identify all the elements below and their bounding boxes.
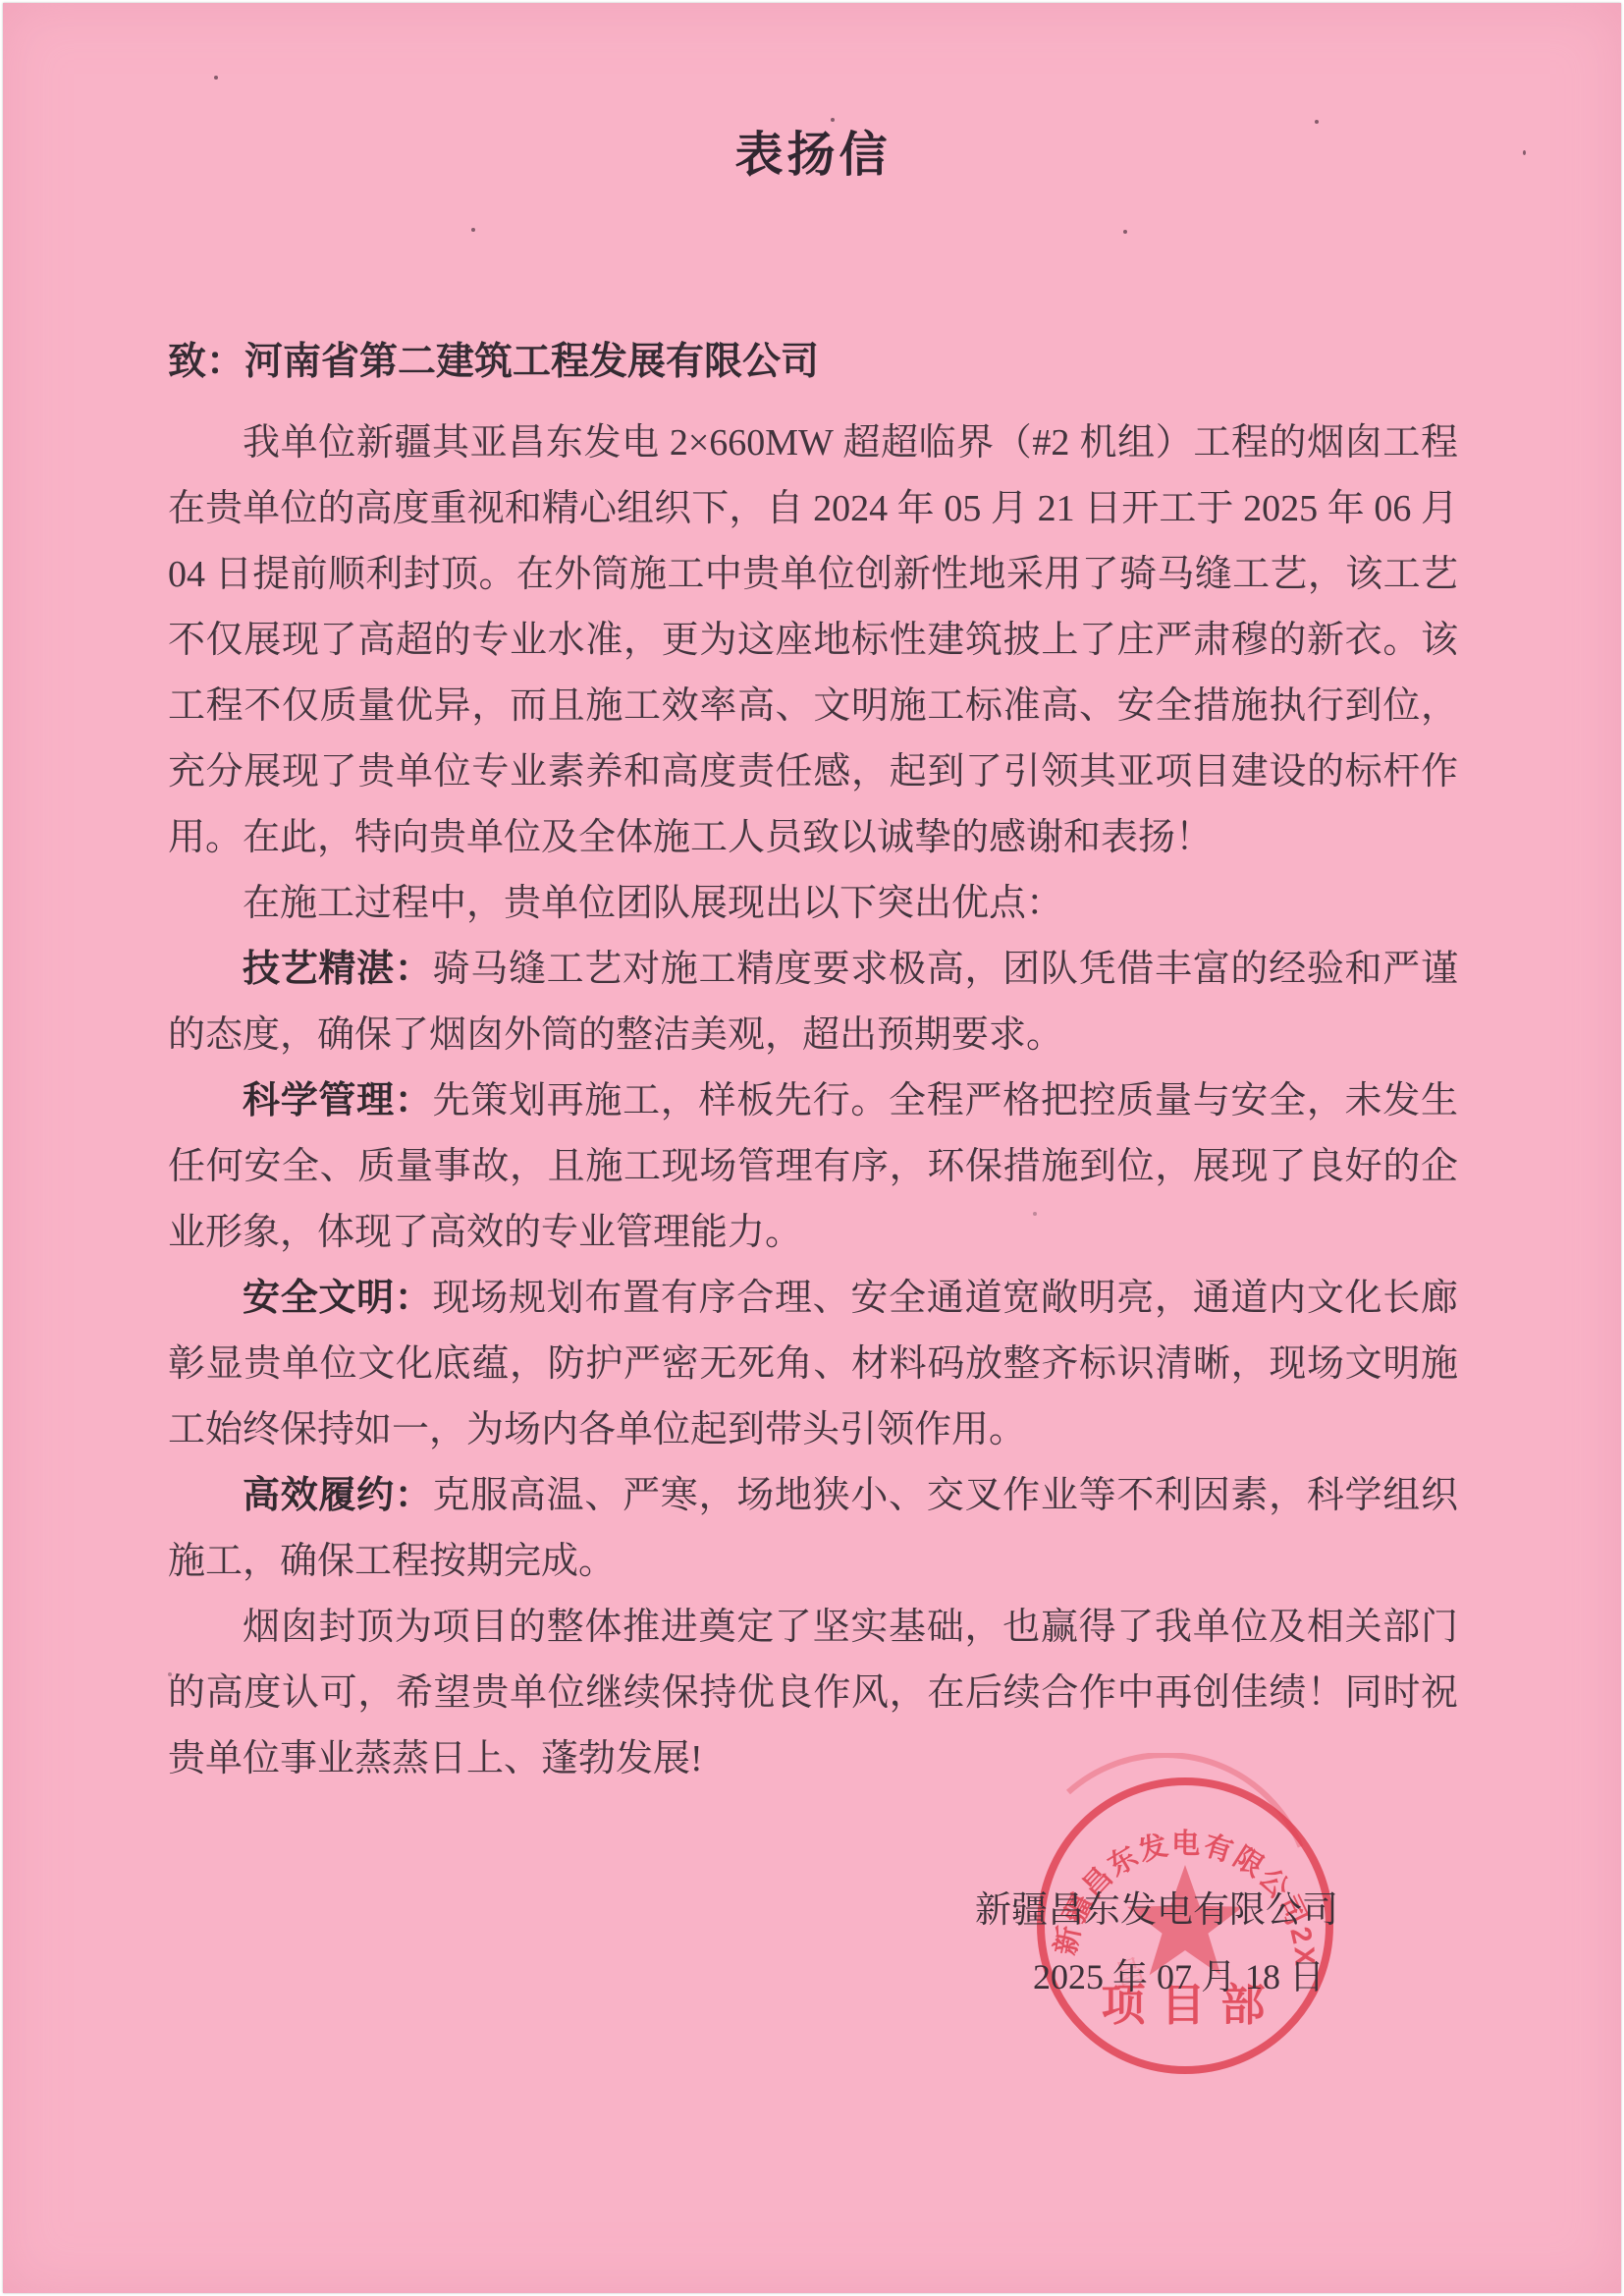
scan-speck xyxy=(471,228,475,232)
scan-speck xyxy=(1123,230,1127,234)
salutation-line: 致：河南省第二建筑工程发展有限公司 xyxy=(168,329,1458,395)
paragraph-lead: 技艺精湛： xyxy=(243,949,433,990)
letter-page: 表扬信 致：河南省第二建筑工程发展有限公司 我单位新疆其亚昌东发电 2×660M… xyxy=(3,3,1621,2293)
letter-paragraph: 技艺精湛：骑马缝工艺对施工精度要求极高，团队凭借丰富的经验和严谨的态度，确保了烟… xyxy=(168,937,1458,1068)
letter-paragraph: 我单位新疆其亚昌东发电 2×660MW 超超临界（#2 机组）工程的烟囱工程在贵… xyxy=(168,410,1458,871)
paragraph-lead: 科学管理： xyxy=(243,1080,433,1121)
letter-body: 我单位新疆其亚昌东发电 2×660MW 超超临界（#2 机组）工程的烟囱工程在贵… xyxy=(168,410,1458,1792)
scan-speck xyxy=(1033,1212,1037,1216)
letter-paragraph: 科学管理：先策划再施工，样板先行。全程严格把控质量与安全，未发生任何安全、质量事… xyxy=(168,1068,1458,1266)
letter-paragraph: 安全文明：现场规划布置有序合理、安全通道宽敞明亮，通道内文化长廊彰显贵单位文化底… xyxy=(168,1266,1458,1463)
scan-speck xyxy=(214,76,218,80)
signature-block: 新疆昌东发电有限公司 2025 年 07 月 18 日 xyxy=(975,1877,1338,2008)
paragraph-text: 我单位新疆其亚昌东发电 2×660MW 超超临界（#2 机组）工程的烟囱工程在贵… xyxy=(168,422,1458,858)
scan-speck xyxy=(1083,1707,1087,1710)
letter-title: 表扬信 xyxy=(168,117,1458,186)
paragraph-lead: 安全文明： xyxy=(243,1278,433,1319)
scan-speck xyxy=(1523,150,1526,155)
scan-speck xyxy=(1315,120,1319,124)
signature-date: 2025 年 07 月 18 日 xyxy=(975,1945,1338,2008)
paragraph-lead: 高效履约： xyxy=(243,1475,433,1516)
letter-paragraph: 高效履约：克服高温、严寒，场地狭小、交叉作业等不利因素，科学组织施工，确保工程按… xyxy=(168,1463,1458,1595)
scan-speck xyxy=(168,1672,172,1676)
signature-company: 新疆昌东发电有限公司 xyxy=(975,1877,1338,1945)
letter-paragraph: 在施工过程中，贵单位团队展现出以下突出优点： xyxy=(168,871,1458,937)
scan-speck xyxy=(831,118,835,122)
paragraph-text: 在施工过程中，贵单位团队展现出以下突出优点： xyxy=(243,883,1063,924)
